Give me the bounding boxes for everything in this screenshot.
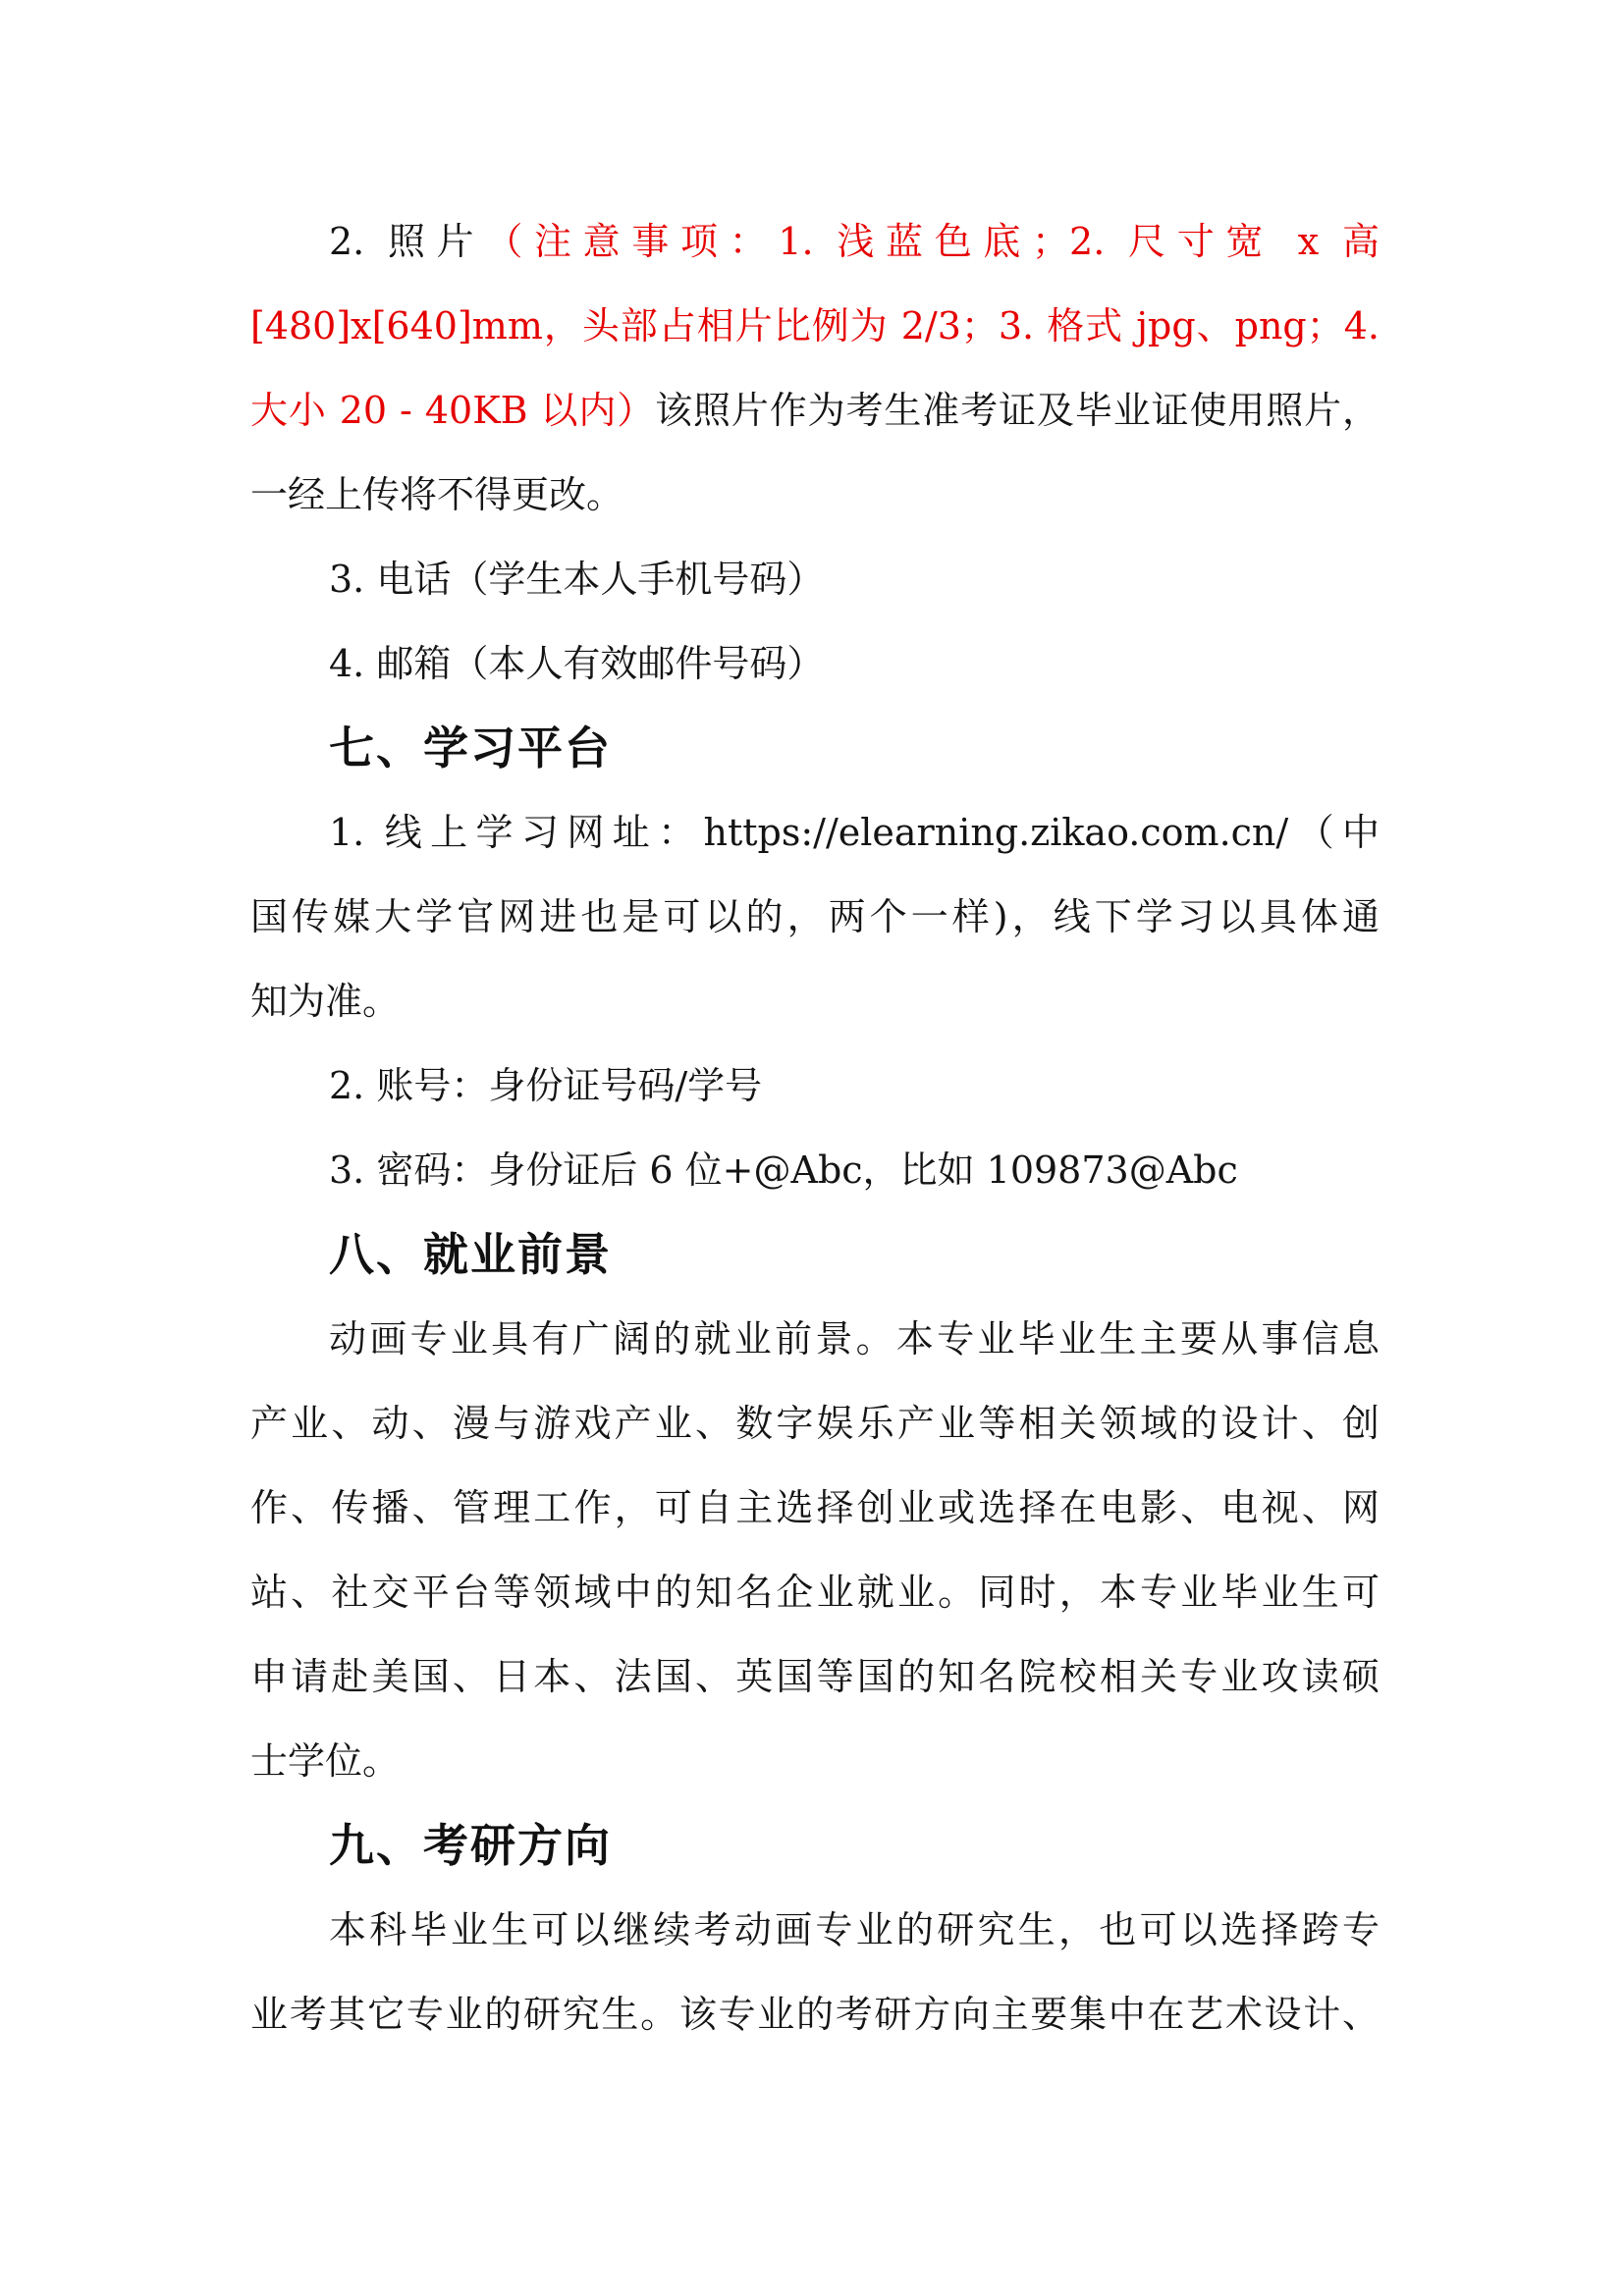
- text-line: 2. 账号：身份证号码/学号: [250, 1043, 1380, 1128]
- text-line: [480]x[640]mm，头部占相片比例为 2/3；3. 格式 jpg、png…: [250, 284, 1380, 368]
- text-line: 大小 20 - 40KB 以内）该照片作为考生准考证及毕业证使用照片，: [250, 368, 1380, 453]
- document-paragraph: 3. 电话（学生本人手机号码）: [250, 537, 1380, 621]
- text-segment: 一经上传将不得更改。: [250, 473, 623, 516]
- text-line: 产业、动、漫与游戏产业、数字娱乐产业等相关领域的设计、创: [250, 1381, 1380, 1466]
- text-segment: 申请赴美国、日本、法国、英国等国的知名院校相关专业攻读硕: [250, 1655, 1380, 1698]
- section-heading: 八、就业前景: [250, 1212, 1380, 1297]
- section-heading: 九、考研方向: [250, 1803, 1380, 1888]
- text-segment: 本科毕业生可以继续考动画专业的研究生，也可以选择跨专: [329, 1908, 1380, 1951]
- text-segment: 国传媒大学官网进也是可以的，两个一样)，线下学习以具体通: [250, 895, 1380, 938]
- document-paragraph: 2. 账号：身份证号码/学号: [250, 1043, 1380, 1128]
- document-paragraph: 4. 邮箱（本人有效邮件号码）: [250, 621, 1380, 706]
- text-line: 知为准。: [250, 959, 1380, 1043]
- text-segment: 站、社交平台等领域中的知名企业就业。同时，本专业毕业生可: [250, 1571, 1380, 1614]
- text-line: 动画专业具有广阔的就业前景。本专业毕业生主要从事信息: [250, 1297, 1380, 1381]
- text-segment: 士学位。: [250, 1739, 400, 1783]
- text-line: 国传媒大学官网进也是可以的，两个一样)，线下学习以具体通: [250, 875, 1380, 959]
- text-line: 2. 照片（注意事项：1. 浅蓝色底；2. 尺寸宽 x 高: [250, 199, 1380, 284]
- text-segment: 2. 账号：身份证号码/学号: [329, 1064, 762, 1107]
- text-line: 3. 电话（学生本人手机号码）: [250, 537, 1380, 621]
- document-paragraph: 1. 线上学习网址：https://elearning.zikao.com.cn…: [250, 790, 1380, 1043]
- text-segment-red: [480]x[640]mm，头部占相片比例为 2/3；3. 格式 jpg、png…: [250, 304, 1380, 347]
- section-heading: 七、学习平台: [250, 706, 1380, 790]
- text-segment: 作、传播、管理工作，可自主选择创业或选择在电影、电视、网: [250, 1486, 1380, 1529]
- text-segment: 3. 电话（学生本人手机号码）: [329, 558, 824, 601]
- document-paragraph: 3. 密码：身份证后 6 位+@Abc，比如 109873@Abc: [250, 1128, 1380, 1212]
- text-line: 本科毕业生可以继续考动画专业的研究生，也可以选择跨专: [250, 1888, 1380, 1972]
- text-segment: 动画专业具有广阔的就业前景。本专业毕业生主要从事信息: [329, 1317, 1380, 1361]
- document-paragraph: 2. 照片（注意事项：1. 浅蓝色底；2. 尺寸宽 x 高[480]x[640]…: [250, 199, 1380, 537]
- text-line: 1. 线上学习网址：https://elearning.zikao.com.cn…: [250, 790, 1380, 875]
- text-line: 站、社交平台等领域中的知名企业就业。同时，本专业毕业生可: [250, 1550, 1380, 1634]
- text-line: 业考其它专业的研究生。该专业的考研方向主要集中在艺术设计、: [250, 1972, 1380, 2056]
- document-page: 2. 照片（注意事项：1. 浅蓝色底；2. 尺寸宽 x 高[480]x[640]…: [0, 0, 1624, 2296]
- text-segment-red: 大小 20 - 40KB 以内）: [250, 389, 655, 432]
- text-line: 3. 密码：身份证后 6 位+@Abc，比如 109873@Abc: [250, 1128, 1380, 1212]
- text-segment: 知为准。: [250, 980, 400, 1023]
- text-segment: 4. 邮箱（本人有效邮件号码）: [329, 642, 824, 685]
- text-segment: 产业、动、漫与游戏产业、数字娱乐产业等相关领域的设计、创: [250, 1402, 1380, 1445]
- text-segment-red: （注意事项：1. 浅蓝色底；2. 尺寸宽 x 高: [485, 220, 1380, 263]
- text-line: 作、传播、管理工作，可自主选择创业或选择在电影、电视、网: [250, 1466, 1380, 1550]
- text-segment: 业考其它专业的研究生。该专业的考研方向主要集中在艺术设计、: [250, 1993, 1380, 2036]
- text-line: 4. 邮箱（本人有效邮件号码）: [250, 621, 1380, 706]
- text-segment: 1. 线上学习网址：https://elearning.zikao.com.cn…: [329, 811, 1380, 854]
- document-content: 2. 照片（注意事项：1. 浅蓝色底；2. 尺寸宽 x 高[480]x[640]…: [250, 199, 1380, 2056]
- text-line: 一经上传将不得更改。: [250, 453, 1380, 537]
- text-segment: 2. 照片: [329, 220, 485, 263]
- text-line: 士学位。: [250, 1719, 1380, 1803]
- text-line: 申请赴美国、日本、法国、英国等国的知名院校相关专业攻读硕: [250, 1634, 1380, 1719]
- document-paragraph: 动画专业具有广阔的就业前景。本专业毕业生主要从事信息产业、动、漫与游戏产业、数字…: [250, 1297, 1380, 1803]
- text-segment: 该照片作为考生准考证及毕业证使用照片，: [655, 389, 1380, 432]
- text-segment: 3. 密码：身份证后 6 位+@Abc，比如 109873@Abc: [329, 1148, 1238, 1192]
- document-paragraph: 本科毕业生可以继续考动画专业的研究生，也可以选择跨专业考其它专业的研究生。该专业…: [250, 1888, 1380, 2056]
